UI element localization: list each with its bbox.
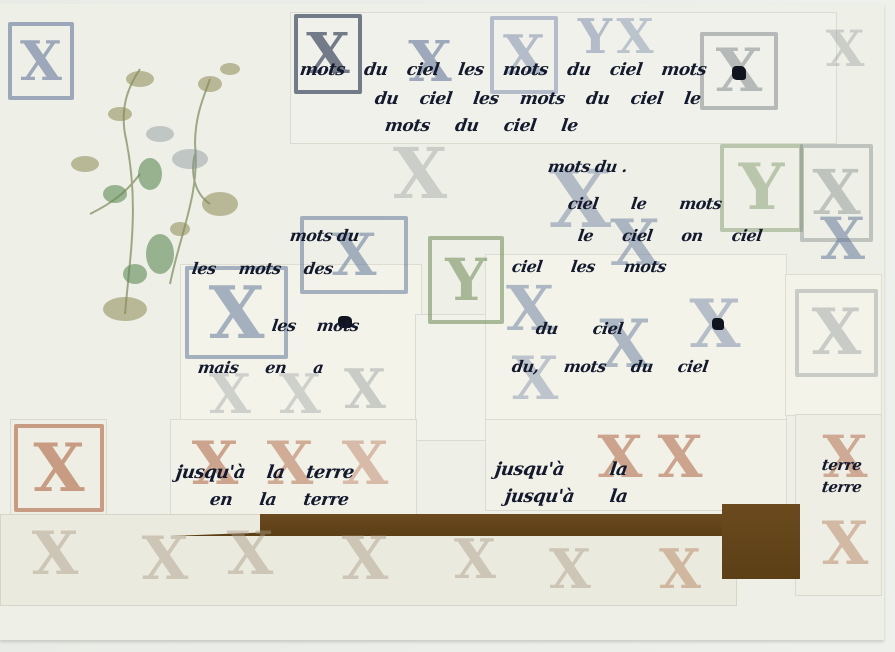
handwriting-line: jusqu'à la terre bbox=[175, 462, 356, 483]
ink-blot bbox=[712, 318, 724, 330]
handwriting-line: jusqu'à la bbox=[504, 486, 629, 507]
stamp-x: X bbox=[14, 424, 104, 512]
handwriting-line: ciel les mots bbox=[511, 257, 668, 276]
handwriting-line: du ciel les mots du ciel le bbox=[374, 89, 702, 109]
handwriting-line: mais en a bbox=[197, 358, 325, 377]
handwriting-line: les mots bbox=[271, 316, 361, 335]
handwriting-line: terre bbox=[821, 456, 863, 474]
stamp-x: X bbox=[650, 424, 710, 489]
handwriting-line: mots du ciel le bbox=[384, 116, 579, 136]
handwriting-line: le ciel on ciel bbox=[577, 226, 764, 245]
stamp-x: X bbox=[500, 344, 570, 414]
stamp-y: Y bbox=[720, 144, 803, 232]
ink-blot bbox=[732, 66, 746, 80]
stamp-x: X bbox=[795, 289, 878, 377]
stamp-x: X bbox=[540, 539, 600, 599]
stamp-x: X bbox=[445, 529, 505, 589]
stamp-x: X bbox=[20, 519, 90, 589]
stamp-y: Y bbox=[428, 236, 504, 324]
handwriting-line: les mots des bbox=[191, 259, 334, 278]
handwriting-line: mots du bbox=[289, 226, 361, 245]
stamp-x: X bbox=[815, 504, 875, 584]
stamp-x: X bbox=[130, 524, 200, 594]
paper-patch bbox=[415, 314, 492, 441]
handwriting-line: du ciel bbox=[535, 319, 625, 338]
stamp-x: X bbox=[820, 19, 870, 79]
stamp-x: X bbox=[610, 12, 660, 62]
stamp-x: X bbox=[810, 204, 875, 274]
artwork-sheet: X X X X Y X X X X Y X X Y X X X X X X X … bbox=[0, 4, 884, 640]
handwriting-line: en la terre bbox=[209, 490, 350, 510]
handwriting-line: jusqu'à la bbox=[494, 459, 629, 480]
stamp-x: X bbox=[294, 14, 362, 94]
handwriting-line: du, mots du ciel bbox=[511, 357, 710, 376]
handwriting-line: terre bbox=[821, 478, 863, 496]
handwriting-line: ciel le mots bbox=[567, 194, 723, 213]
stamp-x: X bbox=[380, 134, 460, 214]
stamp-x: X bbox=[335, 359, 395, 419]
stamp-x: X bbox=[490, 16, 558, 94]
stamp-x: X bbox=[8, 22, 74, 100]
stamp-x: X bbox=[215, 519, 285, 589]
stamp-x: X bbox=[650, 539, 710, 599]
stamp-x: X bbox=[185, 266, 288, 359]
stamp-x: X bbox=[330, 524, 400, 594]
handwriting-line: mots du ciel les mots du ciel mots bbox=[299, 60, 708, 80]
handwriting-line: mots du . bbox=[547, 157, 629, 176]
gold-leaf-block bbox=[722, 504, 800, 579]
